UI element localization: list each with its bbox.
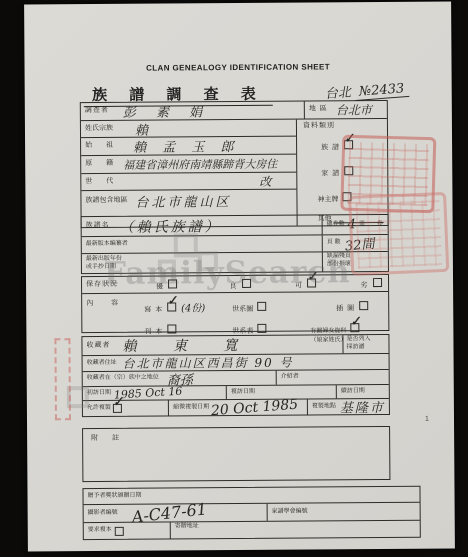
owner-position-label: 收藏者在（宗）族中之地位 bbox=[87, 375, 159, 383]
scanned-paper-sheet: CLAN GENEALOGY IDENTIFICATION SHEET 族 譜 … bbox=[24, 2, 455, 552]
red-seal-fragment bbox=[54, 338, 71, 420]
introducer-label: 介紹者 bbox=[281, 374, 299, 382]
request-copy-checkbox bbox=[115, 526, 124, 535]
generation-label: 世 代 bbox=[85, 178, 119, 186]
row-surname: 姓氏宗族 賴 bbox=[81, 120, 296, 139]
mailing-address-label: 寄贈地址 bbox=[175, 523, 199, 531]
category-tablet-label: 神主牌 bbox=[317, 196, 338, 203]
volumes-label: 總卷數 bbox=[327, 221, 345, 229]
microfilm-date-label: 縮微複製日期 bbox=[173, 404, 209, 412]
content-lineage-chart: 世系圖 bbox=[232, 298, 310, 317]
admin-table: 贈予者獎狀頒贈日期 攝影者編號 A-C47-61 家譜學會編號 要求複本 寄贈地… bbox=[82, 486, 420, 540]
request-copy: 要求複本 bbox=[84, 526, 170, 536]
coverage-label: 族譜包含地區 bbox=[85, 197, 127, 205]
row-reproduction: 允許複製 ✓ 縮微複製日期 20 Oct 1985 複製地點 基隆市 bbox=[83, 399, 389, 416]
row-book-name: 族譜名 （賴氏族譜） 總卷數 4 冊 卷 bbox=[82, 215, 388, 237]
investigator-value: 彭 素 娟 bbox=[123, 101, 210, 121]
region-label: 地 區 bbox=[309, 106, 328, 114]
generation-value: 改 bbox=[259, 172, 271, 189]
copy-permission-label: 允許複製 bbox=[87, 405, 111, 413]
watermark-square bbox=[158, 259, 176, 277]
award-date-label: 贈予者獎狀頒贈日期 bbox=[88, 492, 142, 500]
row-owner: 收藏者 賴 東 寬 是否列入 採訪譜 bbox=[82, 335, 388, 356]
row-origin: 原 籍 福建省漳州府南靖縣蹄背大房住 bbox=[81, 155, 296, 175]
copy-permission-checkbox: ✓ bbox=[113, 404, 122, 413]
coverage-value: 台北市龍山区 bbox=[135, 191, 231, 211]
listed-label-line2: 採訪譜 bbox=[346, 343, 385, 351]
first-visit-value: 1985 Oct 16 bbox=[114, 385, 183, 402]
owner-table: 收藏者 賴 東 寬 是否列入 採訪譜 收藏者住址 台北市龍山区西昌街 90 号 … bbox=[81, 334, 390, 417]
copy-place-label: 複製地點 bbox=[312, 403, 336, 411]
familysearch-watermark: FamilySearch bbox=[104, 254, 351, 292]
revisit-label: 複訪日期 bbox=[231, 389, 255, 397]
row-photographer: 攝影者編號 A-C47-61 家譜學會編號 bbox=[84, 503, 420, 523]
region-value: 台北市 bbox=[336, 101, 372, 118]
origin-label: 原 籍 bbox=[85, 160, 119, 168]
book-name-value: （賴氏族譜） bbox=[120, 216, 222, 237]
category-zupu-label: 族 譜 bbox=[321, 144, 340, 151]
owner-label: 收藏者 bbox=[86, 342, 110, 350]
origin-value: 福建省漳州府南靖縣蹄背大房住 bbox=[123, 155, 277, 172]
row-generations: 世 代 改 bbox=[81, 173, 296, 192]
handwritten-number: №2433 bbox=[354, 81, 408, 101]
condition-poor: 劣 bbox=[360, 274, 382, 292]
compiler-label: 最新版本編纂者 bbox=[86, 241, 128, 249]
page-number: 1 bbox=[425, 416, 429, 423]
ancestor-label: 始 祖 bbox=[85, 142, 119, 150]
first-visit-label: 初訪日期 bbox=[87, 390, 111, 398]
english-sheet-title: CLAN GENEALOGY IDENTIFICATION SHEET bbox=[146, 62, 330, 72]
notes-label: 附 註 bbox=[91, 435, 125, 443]
owner-value: 賴 東 寬 bbox=[122, 335, 253, 356]
category-jiapu-label: 家 譜 bbox=[321, 170, 340, 177]
row-investigator: 調查者 彭 素 娟 地 區 台北市 bbox=[81, 101, 387, 121]
scanned-genealogy-sheet: { "scan": { "page_number": "1" }, "water… bbox=[0, 0, 468, 557]
row-request-copy: 要求複本 寄贈地址 bbox=[84, 521, 420, 539]
notes-box: 附 註 bbox=[82, 426, 390, 482]
photographer-number-label: 攝影者編號 bbox=[88, 510, 118, 518]
microfilm-date-value: 20 Oct 1985 bbox=[211, 396, 299, 419]
followup-visit-label: 續訪日期 bbox=[341, 388, 365, 396]
category-label: 資料類別 bbox=[303, 122, 383, 131]
row-first-ancestor: 始 祖 賴 孟 玉 郎 bbox=[81, 137, 296, 157]
content-illustrations: 插 圖 bbox=[336, 297, 369, 315]
red-seal-lower bbox=[348, 192, 449, 276]
book-name-label: 族譜名 bbox=[86, 222, 110, 230]
row-compiler: 最新版本編纂者 頁 數 32間 bbox=[82, 235, 388, 254]
ancestor-value: 賴 孟 玉 郎 bbox=[133, 136, 240, 156]
copy-permission: 允許複製 ✓ bbox=[83, 404, 168, 414]
owner-address-label: 收藏者住址 bbox=[87, 360, 117, 368]
content-manuscript: 寫 本 ✓ (4份) bbox=[144, 298, 232, 317]
surname-label: 姓氏宗族 bbox=[85, 125, 113, 133]
watermark-square bbox=[198, 251, 218, 271]
pages-label: 頁 數 bbox=[327, 240, 341, 248]
contents-label: 內 容 bbox=[86, 300, 144, 308]
surname-value: 賴 bbox=[135, 119, 148, 138]
watermark-square bbox=[174, 233, 198, 257]
request-copy-label: 要求複本 bbox=[88, 527, 112, 535]
copy-place-value: 基隆市 bbox=[340, 397, 385, 416]
investigator-label: 調查者 bbox=[85, 107, 109, 115]
row-coverage: 族譜包含地區 台北市龍山区 bbox=[81, 190, 296, 212]
society-number-label: 家譜學會編號 bbox=[272, 508, 308, 516]
row-contents: 內 容 寫 本 ✓ (4份) 世系圖 插 圖 bbox=[82, 292, 388, 332]
